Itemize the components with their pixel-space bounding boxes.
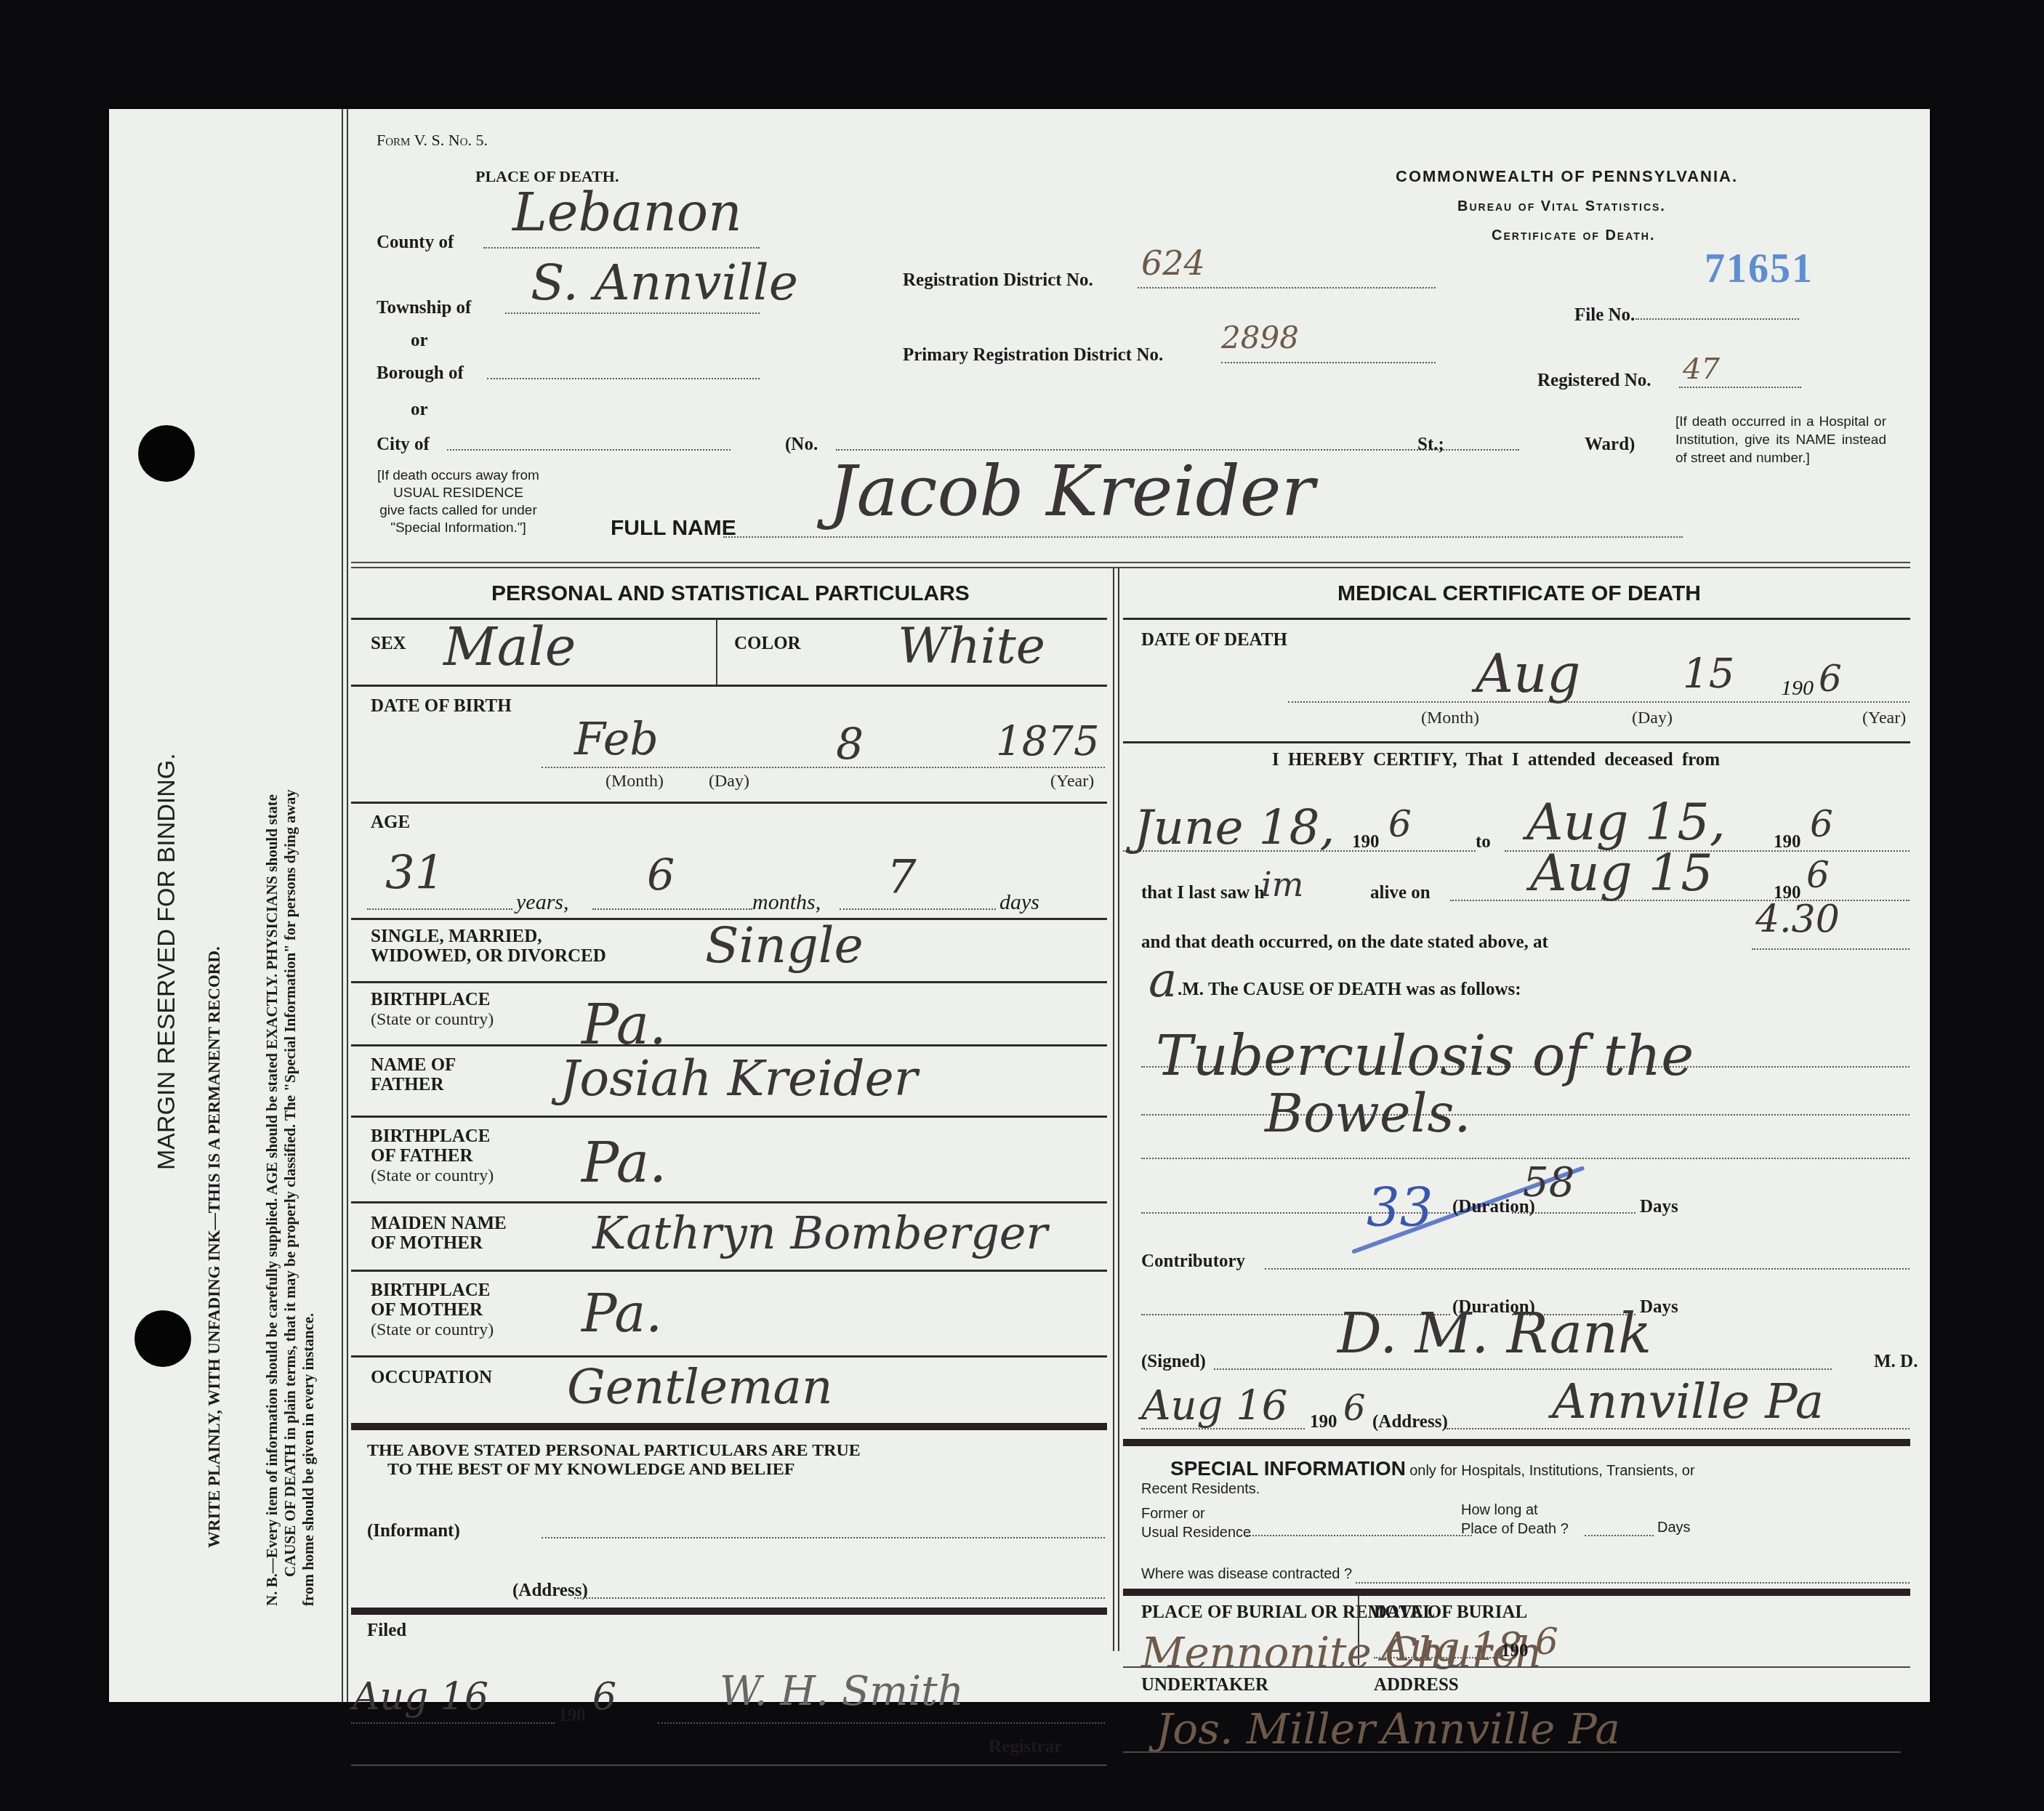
special-info-title: SPECIAL INFORMATION bbox=[1141, 1457, 1406, 1480]
special-info-tail-2: Recent Residents. bbox=[1141, 1481, 1260, 1498]
row-divider bbox=[1123, 1751, 1901, 1753]
color-label: COLOR bbox=[734, 634, 801, 654]
burial-year-suffix: 6 bbox=[1535, 1621, 1558, 1663]
nb-line-3: from home should be given in every insta… bbox=[299, 789, 318, 1606]
dob-year-caption: (Year) bbox=[1050, 772, 1094, 791]
nb-instructions: N. B.—Every item of information should b… bbox=[263, 789, 318, 1606]
father-name-label: NAME OF FATHER bbox=[371, 1055, 456, 1094]
last-saw-year-suffix: 6 bbox=[1806, 854, 1830, 896]
attestation-line-1: THE ABOVE STATED PERSONAL PARTICULARS AR… bbox=[367, 1441, 861, 1460]
divider-name-top bbox=[351, 562, 1910, 563]
md-label: M. D. bbox=[1874, 1352, 1918, 1372]
certificate-stamp-number: 71651 bbox=[1705, 246, 1814, 292]
residence-note-line-4: "Special Information."] bbox=[377, 520, 540, 537]
registration-district-label: Registration District No. bbox=[903, 270, 1093, 291]
birthplace-label: BIRTHPLACE bbox=[371, 990, 490, 1010]
borough-field bbox=[487, 378, 760, 379]
physician-address-value: Annville Pa bbox=[1552, 1374, 1824, 1429]
father-birthplace-value: Pa. bbox=[582, 1130, 667, 1195]
father-label-line-1: NAME OF bbox=[371, 1055, 456, 1075]
contributory-field bbox=[1265, 1268, 1910, 1270]
county-value: Lebanon bbox=[512, 182, 742, 243]
certificate-heading: Certificate of Death. bbox=[1492, 227, 1655, 244]
cause-line-2 bbox=[1141, 1114, 1910, 1116]
write-plainly-notice: WRITE PLAINLY, WITH UNFADING INK—THIS IS… bbox=[205, 946, 224, 1548]
residence-note: [If death occurs away from USUAL RESIDEN… bbox=[377, 467, 540, 537]
personal-section-title: PERSONAL AND STATISTICAL PARTICULARS bbox=[349, 581, 1112, 606]
undertaker-label: UNDERTAKER bbox=[1141, 1675, 1268, 1695]
city-label: City of bbox=[377, 435, 430, 455]
cause-of-death-intro: .M. The CAUSE OF DEATH was as follows: bbox=[1178, 980, 1521, 1000]
row-divider bbox=[351, 981, 1107, 983]
age-months-value: 6 bbox=[647, 850, 675, 901]
undertaker-value: Jos. Miller bbox=[1156, 1704, 1375, 1754]
date-of-death-label: DATE OF DEATH bbox=[1141, 630, 1287, 650]
sex-label: SEX bbox=[371, 634, 406, 654]
death-certificate-document: MARGIN RESERVED FOR BINDING. WRITE PLAIN… bbox=[109, 109, 1930, 1702]
death-time-value: 4.30 bbox=[1755, 898, 1840, 941]
age-months-field bbox=[592, 908, 752, 910]
physician-address-label: (Address) bbox=[1372, 1412, 1448, 1432]
mother-bp-label-line-1: BIRTHPLACE bbox=[371, 1280, 490, 1300]
row-divider bbox=[351, 1270, 1107, 1272]
dob-month-caption: (Month) bbox=[605, 772, 664, 791]
informant-label: (Informant) bbox=[367, 1521, 460, 1541]
commonwealth-heading: COMMONWEALTH OF PENNSYLVANIA. bbox=[1396, 167, 1738, 186]
row-divider bbox=[351, 1201, 1107, 1203]
date-of-birth-field bbox=[542, 767, 1105, 768]
row-divider bbox=[351, 1116, 1107, 1118]
disease-contracted-field bbox=[1356, 1582, 1910, 1584]
filed-year-prefix: 190 bbox=[558, 1706, 586, 1726]
township-label: Township of bbox=[377, 298, 471, 318]
section-divider-thick bbox=[351, 1423, 1107, 1430]
residence-note-line-2: USUAL RESIDENCE bbox=[377, 485, 540, 502]
dob-month-value: Feb bbox=[574, 712, 659, 765]
last-saw-date-value: Aug 15 bbox=[1530, 843, 1713, 903]
attended-to-year-suffix: 6 bbox=[1810, 803, 1833, 845]
row-divider bbox=[1123, 1666, 1910, 1668]
physician-signature: D. M. Rank bbox=[1337, 1301, 1651, 1366]
how-long-line-1: How long at bbox=[1461, 1501, 1569, 1520]
father-bp-label-line-2: OF FATHER bbox=[371, 1146, 490, 1166]
full-name-value: Jacob Kreider bbox=[829, 451, 1315, 532]
county-field bbox=[483, 247, 760, 249]
file-no-field bbox=[1635, 318, 1799, 320]
marital-label-line-2: WIDOWED, OR DIVORCED bbox=[371, 946, 606, 966]
binding-hole-top bbox=[138, 425, 195, 482]
signed-year-prefix: 190 bbox=[1310, 1412, 1337, 1432]
registrar-signature: W. H. Smith bbox=[720, 1668, 964, 1715]
dob-year-value: 1875 bbox=[996, 718, 1100, 765]
registrar-signature-field bbox=[658, 1722, 1105, 1724]
death-time-field bbox=[1752, 948, 1910, 950]
mother-label-line-2: OF MOTHER bbox=[371, 1233, 507, 1253]
signed-year-suffix: 6 bbox=[1343, 1388, 1366, 1429]
birthplace-value: Pa. bbox=[582, 992, 667, 1057]
margin-rule-outer bbox=[342, 109, 343, 1702]
alive-on-text: alive on bbox=[1370, 883, 1431, 903]
section-divider-thick bbox=[1123, 1439, 1910, 1446]
binding-hole-bottom bbox=[134, 1310, 191, 1367]
row-divider bbox=[351, 1355, 1107, 1358]
informant-address-field bbox=[574, 1597, 1105, 1599]
mother-birthplace-caption: (State or country) bbox=[371, 1320, 494, 1340]
former-residence-line-1: Former or bbox=[1141, 1504, 1251, 1523]
primary-district-label: Primary Registration District No. bbox=[903, 345, 1163, 366]
father-bp-label-line-1: BIRTHPLACE bbox=[371, 1126, 490, 1146]
physician-signature-field bbox=[1214, 1368, 1832, 1370]
undertaker-address-value: Annville Pa bbox=[1381, 1704, 1620, 1754]
dob-day-caption: (Day) bbox=[709, 772, 749, 791]
bureau-heading: Bureau of Vital Statistics. bbox=[1457, 198, 1666, 215]
how-long-days-label: Days bbox=[1657, 1520, 1691, 1536]
informant-field bbox=[542, 1537, 1105, 1538]
burial-year-prefix: 190 bbox=[1501, 1641, 1529, 1661]
dod-year-suffix: 6 bbox=[1819, 658, 1842, 700]
death-time-text: and that death occurred, on the date sta… bbox=[1141, 932, 1548, 953]
sex-color-divider bbox=[716, 619, 717, 685]
street-label: St.; bbox=[1417, 435, 1444, 455]
signed-label: (Signed) bbox=[1141, 1352, 1206, 1372]
residence-note-line-1: [If death occurs away from bbox=[377, 467, 540, 485]
cause-code-annotation: 33 bbox=[1367, 1177, 1433, 1238]
father-name-value: Josiah Kreider bbox=[560, 1050, 917, 1108]
how-long-label: How long at Place of Death ? bbox=[1461, 1501, 1569, 1538]
how-long-field bbox=[1585, 1535, 1654, 1536]
attended-from-year-suffix: 6 bbox=[1388, 803, 1412, 845]
duration-field bbox=[1512, 1212, 1635, 1214]
township-value: S. Annville bbox=[531, 254, 798, 312]
occupation-label: OCCUPATION bbox=[371, 1368, 492, 1388]
row-divider bbox=[1123, 618, 1910, 620]
file-no-label: File No. bbox=[1574, 305, 1635, 326]
attended-from-year-prefix: 190 bbox=[1352, 832, 1380, 852]
margin-rule-inner bbox=[347, 109, 348, 1702]
full-name-field bbox=[723, 536, 1683, 538]
dod-day-caption: (Day) bbox=[1632, 709, 1673, 728]
marital-status-value: Single bbox=[705, 917, 864, 975]
undertaker-address-label: ADDRESS bbox=[1374, 1675, 1459, 1695]
filed-date-value: Aug 16 bbox=[353, 1675, 488, 1719]
days-word: days bbox=[999, 890, 1039, 915]
registered-no-label: Registered No. bbox=[1537, 371, 1651, 391]
filed-label: Filed bbox=[367, 1621, 406, 1641]
date-of-birth-label: DATE OF BIRTH bbox=[371, 696, 512, 717]
registered-no-value: 47 bbox=[1683, 352, 1720, 386]
column-divider-2 bbox=[1118, 568, 1119, 1651]
signed-date-value: Aug 16 bbox=[1141, 1382, 1287, 1429]
former-residence-field bbox=[1247, 1535, 1472, 1536]
special-info-tail: only for Hospitals, Institutions, Transi… bbox=[1409, 1463, 1694, 1479]
mother-maiden-name-value: Kathryn Bomberger bbox=[592, 1206, 1047, 1259]
age-years-value: 31 bbox=[385, 847, 444, 900]
age-years-field bbox=[367, 908, 512, 910]
mother-birthplace-value: Pa. bbox=[582, 1283, 662, 1344]
dod-day-value: 15 bbox=[1683, 650, 1734, 698]
mother-maiden-name-label: MAIDEN NAME OF MOTHER bbox=[371, 1214, 507, 1253]
ward-label: Ward) bbox=[1585, 435, 1635, 455]
hospital-note: [If death occurred in a Hospital or Inst… bbox=[1675, 413, 1886, 467]
color-value: White bbox=[898, 618, 1045, 675]
last-saw-text: that I last saw h bbox=[1141, 883, 1264, 903]
certify-statement: I HEREBY CERTIFY, That I attended deceas… bbox=[1272, 750, 1720, 770]
dod-year-caption: (Year) bbox=[1862, 709, 1906, 728]
last-saw-pronoun: im bbox=[1261, 865, 1303, 904]
or-label-2: or bbox=[411, 400, 428, 420]
sex-value: Male bbox=[443, 616, 576, 677]
nb-line-2: CAUSE OF DEATH in plain terms, that it m… bbox=[281, 789, 299, 1606]
filed-date-field bbox=[351, 1722, 555, 1724]
age-days-value: 7 bbox=[887, 850, 917, 904]
marital-label-line-1: SINGLE, MARRIED, bbox=[371, 927, 606, 946]
father-birthplace-label: BIRTHPLACE OF FATHER bbox=[371, 1126, 490, 1166]
registrar-label: Registrar bbox=[989, 1737, 1062, 1757]
marital-status-label: SINGLE, MARRIED, WIDOWED, OR DIVORCED bbox=[371, 927, 606, 966]
dod-year-prefix: 190 bbox=[1781, 676, 1814, 701]
age-days-field bbox=[840, 908, 996, 910]
row-divider bbox=[351, 685, 1107, 687]
former-residence-label: Former or Usual Residence bbox=[1141, 1504, 1251, 1542]
disease-contracted-label: Where was disease contracted ? bbox=[1141, 1566, 1352, 1583]
how-long-line-2: Place of Death ? bbox=[1461, 1520, 1569, 1538]
years-word: years, bbox=[516, 890, 568, 915]
age-label: AGE bbox=[371, 812, 410, 833]
attestation-text: THE ABOVE STATED PERSONAL PARTICULARS AR… bbox=[367, 1441, 861, 1479]
row-divider bbox=[351, 1764, 1107, 1766]
medical-section-title: MEDICAL CERTIFICATE OF DEATH bbox=[1123, 581, 1915, 606]
nb-line-1: N. B.—Every item of information should b… bbox=[263, 789, 281, 1606]
column-divider-1 bbox=[1113, 568, 1114, 1651]
section-divider-thick bbox=[351, 1608, 1107, 1615]
section-divider-thick bbox=[1123, 1589, 1910, 1596]
row-divider bbox=[1123, 741, 1910, 743]
or-label-1: or bbox=[411, 331, 428, 351]
occupation-value: Gentleman bbox=[567, 1359, 832, 1415]
burial-date-label: DATE OF BURIAL bbox=[1374, 1602, 1527, 1623]
primary-district-field bbox=[1221, 362, 1436, 363]
divider-name-bottom bbox=[351, 567, 1910, 568]
mother-birthplace-label: BIRTHPLACE OF MOTHER bbox=[371, 1280, 490, 1320]
form-number: Form V. S. No. 5. bbox=[377, 131, 488, 150]
mother-bp-label-line-2: OF MOTHER bbox=[371, 1300, 490, 1320]
city-field bbox=[447, 449, 731, 451]
filed-year-suffix: 6 bbox=[592, 1675, 616, 1719]
county-label: County of bbox=[377, 233, 454, 253]
residence-note-line-3: give facts called for under bbox=[377, 502, 540, 520]
dod-month-value: Aug bbox=[1476, 643, 1580, 704]
special-information-heading: SPECIAL INFORMATION only for Hospitals, … bbox=[1141, 1457, 1912, 1480]
registration-district-field bbox=[1138, 287, 1436, 289]
borough-label: Borough of bbox=[377, 363, 464, 384]
birthplace-caption: (State or country) bbox=[371, 1010, 494, 1030]
binding-margin-title: MARGIN RESERVED FOR BINDING. bbox=[153, 753, 181, 1170]
cause-of-death-line-2: Bowels. bbox=[1265, 1083, 1470, 1144]
attestation-line-2: TO THE BEST OF MY KNOWLEDGE AND BELIEF bbox=[367, 1460, 861, 1479]
township-field bbox=[505, 312, 760, 314]
registered-no-field bbox=[1679, 387, 1801, 388]
duration-value: 58 bbox=[1523, 1159, 1574, 1206]
contributory-label: Contributory bbox=[1141, 1251, 1245, 1272]
former-residence-line-2: Usual Residence bbox=[1141, 1523, 1251, 1542]
months-word: months, bbox=[752, 890, 821, 915]
date-of-death-field bbox=[1288, 701, 1910, 703]
registration-district-value: 624 bbox=[1141, 243, 1205, 283]
mother-label-line-1: MAIDEN NAME bbox=[371, 1214, 507, 1233]
dob-day-value: 8 bbox=[836, 719, 864, 770]
duration-days-label: Days bbox=[1640, 1197, 1678, 1217]
full-name-label: FULL NAME bbox=[611, 516, 736, 541]
to-word: to bbox=[1476, 832, 1491, 852]
dod-month-caption: (Month) bbox=[1421, 709, 1479, 728]
am-pm-value: a bbox=[1148, 952, 1177, 1008]
cause-of-death-line-1: Tuberculosis of the bbox=[1156, 1023, 1694, 1088]
father-label-line-2: FATHER bbox=[371, 1075, 456, 1094]
attended-from-value: June 18, bbox=[1134, 799, 1335, 855]
row-divider bbox=[351, 802, 1107, 804]
attended-to-year-prefix: 190 bbox=[1774, 832, 1801, 852]
street-no-label: (No. bbox=[785, 435, 818, 455]
primary-district-value: 2898 bbox=[1221, 320, 1299, 355]
father-birthplace-caption: (State or country) bbox=[371, 1166, 494, 1186]
row-divider bbox=[351, 1044, 1107, 1046]
